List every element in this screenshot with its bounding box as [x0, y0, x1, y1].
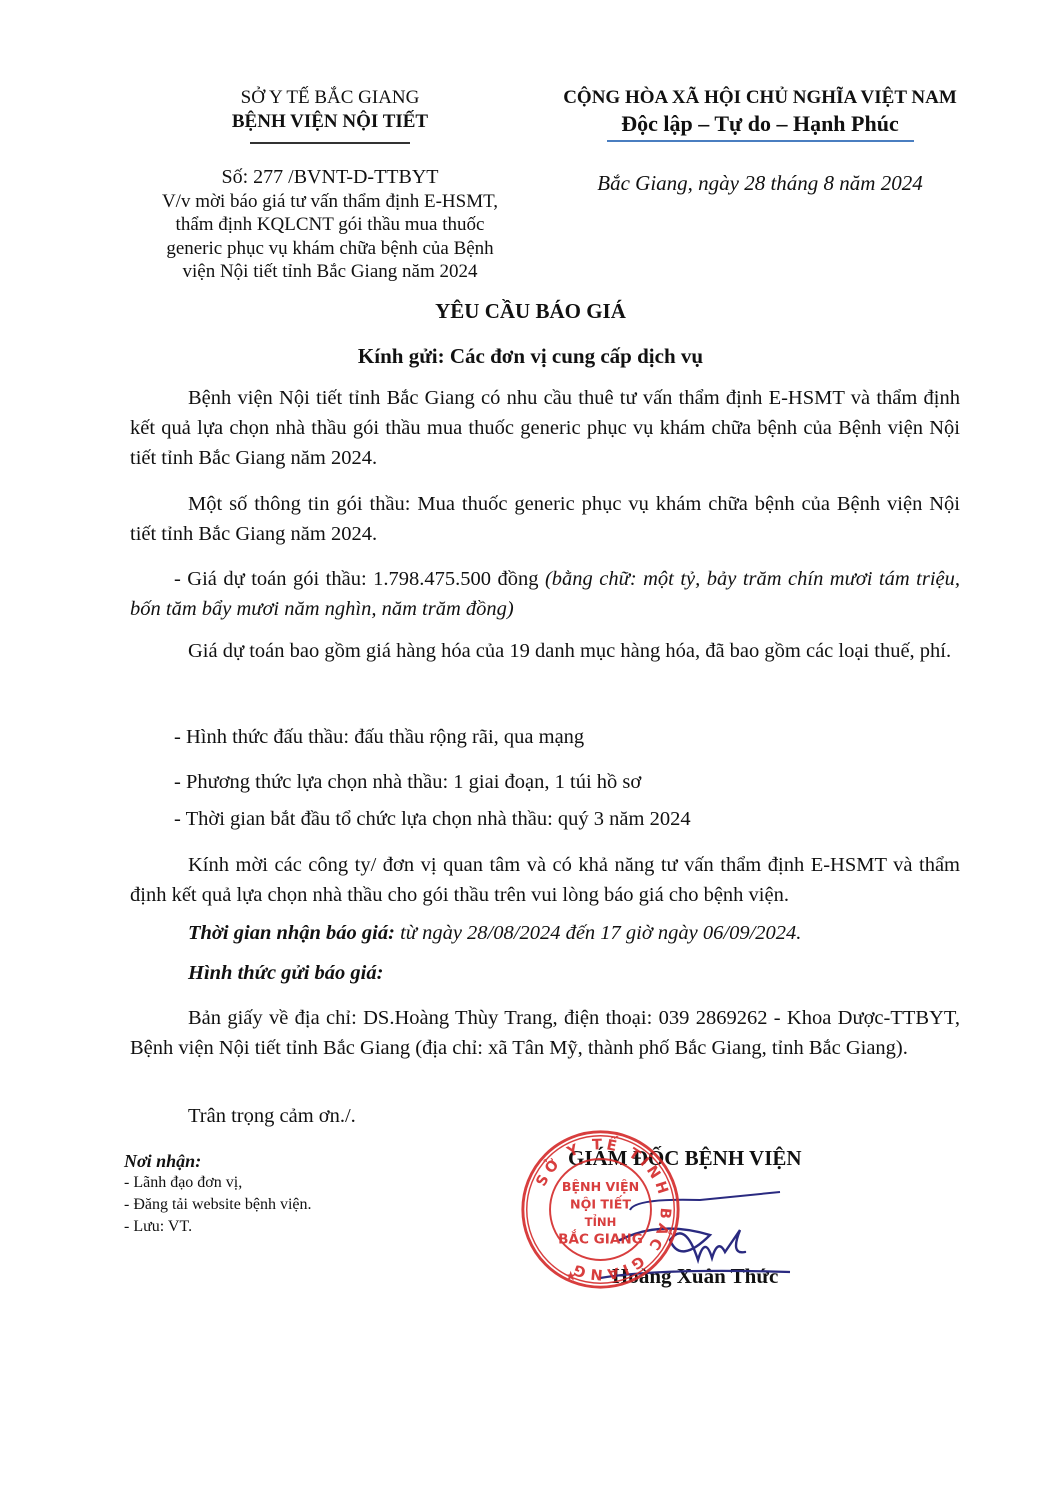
- national-header: CỘNG HÒA XÃ HỘI CHỦ NGHĨA VIỆT NAM Độc l…: [525, 86, 995, 196]
- body-paragraph-address: Bản giấy về địa chỉ: DS.Hoàng Thùy Trang…: [130, 1003, 960, 1063]
- recipients-heading: Nơi nhận:: [124, 1150, 312, 1172]
- recipient-item: - Đăng tải website bệnh viện.: [124, 1194, 312, 1216]
- document-title: YÊU CẦU BÁO GIÁ: [0, 299, 1061, 324]
- place-date: Bắc Giang, ngày 28 tháng 8 năm 2024: [525, 170, 995, 196]
- doc-code: /BVNT-D-TTBYT: [288, 166, 438, 188]
- deadline-line: Thời gian nhận báo giá: từ ngày 28/08/20…: [130, 918, 960, 948]
- divider: [250, 142, 410, 144]
- bullet-bidding-form: - Hình thức đấu thầu: đấu thầu rộng rãi,…: [130, 722, 960, 752]
- document-subject: V/v mời báo giá tư vấn thẩm định E-HSMT,…: [140, 190, 520, 284]
- recipients-block: Nơi nhận: - Lãnh đạo đơn vị, - Đăng tải …: [124, 1150, 312, 1238]
- nation-name: CỘNG HÒA XÃ HỘI CHỦ NGHĨA VIỆT NAM: [525, 86, 995, 110]
- recipient-line: Kính gửi: Các đơn vị cung cấp dịch vụ: [0, 344, 1061, 369]
- svg-text:TỈNH: TỈNH: [585, 1213, 617, 1229]
- body-paragraph-package-info: Một số thông tin gói thầu: Mua thuốc gen…: [130, 489, 960, 549]
- official-stamp: SỞ Y TẾ TỈNH BẮC GIANG BỆNH VIỆN NỘI TIẾ…: [518, 1127, 683, 1292]
- subject-line: generic phục vụ khám chữa bệnh của Bệnh: [140, 237, 520, 261]
- bullet-start-time: - Thời gian bắt đầu tổ chức lựa chọn nhà…: [130, 804, 960, 834]
- body-paragraph-invitation: Kính mời các công ty/ đơn vị quan tâm và…: [130, 850, 960, 910]
- subject-line: thẩm định KQLCNT gói thầu mua thuốc: [140, 213, 520, 237]
- doc-number-label: Số:: [221, 166, 248, 188]
- organization-name: BỆNH VIỆN NỘI TIẾT: [140, 110, 520, 134]
- deadline-value: từ ngày 28/08/2024 đến 17 giờ ngày 06/09…: [395, 922, 801, 944]
- subject-line: V/v mời báo giá tư vấn thẩm định E-HSMT,: [140, 190, 520, 214]
- document-number: Số: 277 /BVNT-D-TTBYT: [140, 164, 520, 190]
- body-paragraph-price: - Giá dự toán gói thầu: 1.798.475.500 đồ…: [130, 564, 960, 624]
- recipient-item: - Lưu: VT.: [124, 1216, 312, 1238]
- svg-text:★: ★: [565, 1268, 577, 1283]
- national-motto: Độc lập – Tự do – Hạnh Phúc: [525, 110, 995, 138]
- deadline-label: Thời gian nhận báo giá:: [188, 922, 395, 944]
- subject-line: viện Nội tiết tỉnh Bắc Giang năm 2024: [140, 260, 520, 284]
- recipient-item: - Lãnh đạo đơn vị,: [124, 1172, 312, 1194]
- doc-number-value: 277: [253, 166, 283, 188]
- submission-heading: Hình thức gửi báo giá:: [130, 958, 960, 988]
- svg-text:NỘI TIẾT: NỘI TIẾT: [570, 1196, 631, 1212]
- department-name: SỞ Y TẾ BẮC GIANG: [140, 86, 520, 110]
- body-paragraph-price-scope: Giá dự toán bao gồm giá hàng hóa của 19 …: [130, 632, 960, 670]
- issuer-header: SỞ Y TẾ BẮC GIANG BỆNH VIỆN NỘI TIẾT Số:…: [140, 86, 520, 284]
- svg-text:BỆNH VIỆN: BỆNH VIỆN: [562, 1179, 639, 1194]
- body-paragraph-intro: Bệnh viện Nội tiết tỉnh Bắc Giang có nhu…: [130, 383, 960, 473]
- bullet-selection-method: - Phương thức lựa chọn nhà thầu: 1 giai …: [130, 767, 960, 797]
- motto-underline: [607, 140, 914, 142]
- price-amount: - Giá dự toán gói thầu: 1.798.475.500 đồ…: [174, 568, 545, 590]
- svg-text:BẮC GIANG: BẮC GIANG: [558, 1228, 643, 1247]
